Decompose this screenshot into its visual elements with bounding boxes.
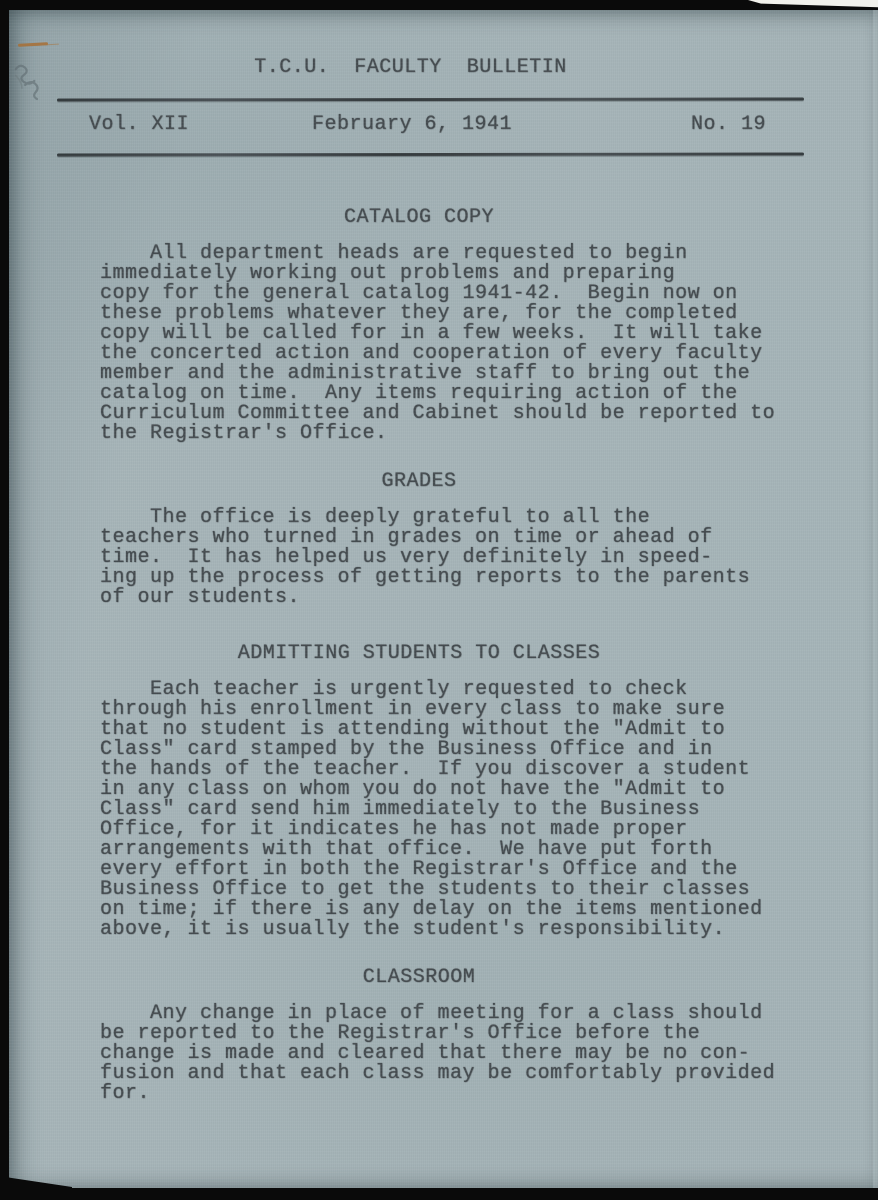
- issue-number-label: No. 19: [691, 115, 766, 135]
- volume-label: Vol. XII: [89, 113, 189, 136]
- ink-speck: [707, 1072, 711, 1076]
- section-body-classroom: Any change in place of meeting for a cla…: [100, 1004, 800, 1104]
- header-rule-top: [57, 97, 804, 101]
- bulletin-page: T.C.U. FACULTY BULLETIN Vol. XII Februar…: [9, 10, 878, 1188]
- masthead-title: T.C.U. FACULTY BULLETIN: [9, 58, 812, 78]
- section-body-catalog-copy: All department heads are requested to be…: [100, 244, 800, 444]
- scanner-white-sliver: [748, 0, 878, 9]
- section-heading-classroom: CLASSROOM: [79, 968, 759, 988]
- date-label: February 6, 1941: [312, 115, 512, 135]
- section-body-admitting-students: Each teacher is urgently requested to ch…: [100, 680, 800, 940]
- section-heading-admitting-students: ADMITTING STUDENTS TO CLASSES: [79, 644, 759, 664]
- header-rule-bottom: [57, 152, 804, 156]
- section-heading-catalog-copy: CATALOG COPY: [79, 208, 759, 228]
- section-heading-grades: GRADES: [79, 472, 759, 492]
- issue-info-row: Vol. XII February 6, 1941 No. 19: [89, 115, 766, 137]
- paper-right-edge: [873, 10, 878, 1188]
- scan-background: { "document": { "masthead": "T.C.U. FACU…: [0, 0, 878, 1200]
- section-body-grades: The office is deeply grateful to all the…: [100, 508, 800, 608]
